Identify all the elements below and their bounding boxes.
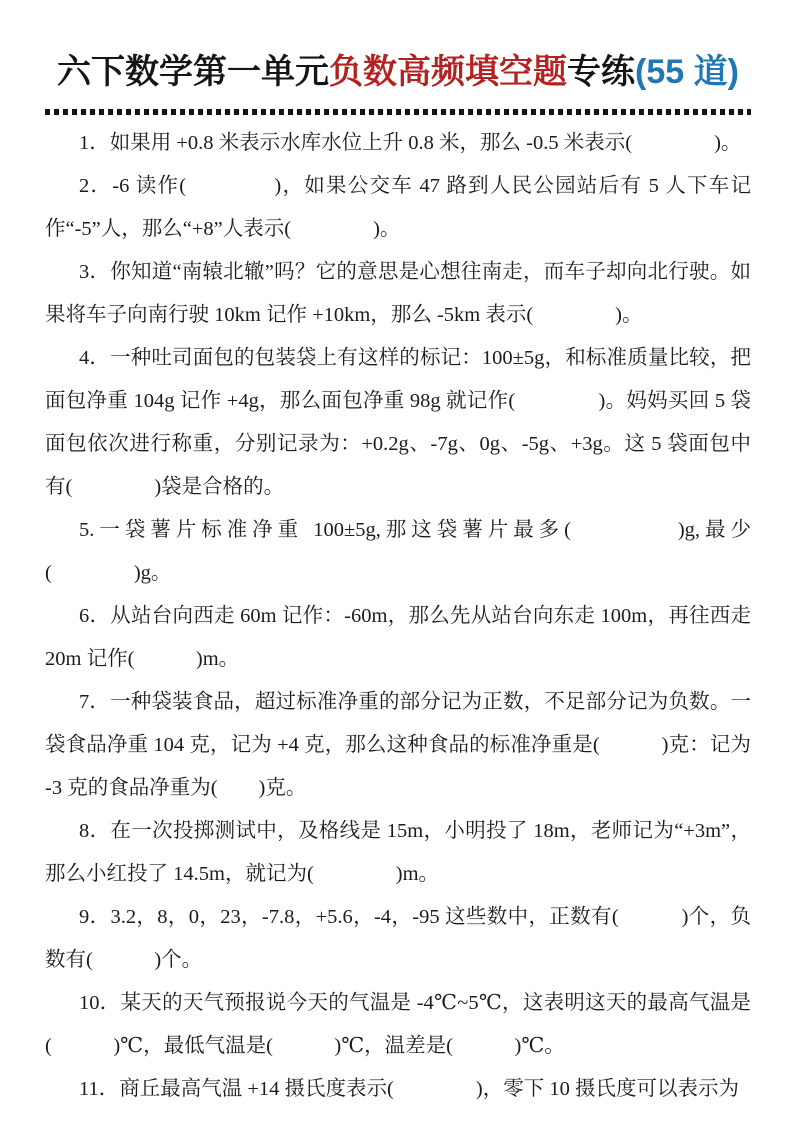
question-list: 1．如果用 +0.8 米表示水库水位上升 0.8 米，那么 -0.5 米表示( … [45, 122, 751, 1111]
question-4: 4．一种吐司面包的包装袋上有这样的标记：100±5g，和标准质量比较，把面包净重… [45, 337, 751, 509]
title-segment-count: (55 道) [635, 53, 739, 91]
question-10: 10．某天的天气预报说今天的气温是 -4℃~5℃，这表明这天的最高气温是( )℃… [45, 982, 751, 1068]
question-1: 1．如果用 +0.8 米表示水库水位上升 0.8 米，那么 -0.5 米表示( … [45, 122, 751, 165]
page-title: 六下数学第一单元负数高频填空题专练(55 道) [45, 50, 751, 95]
worksheet-page: 六下数学第一单元负数高频填空题专练(55 道) 1．如果用 +0.8 米表示水库… [0, 0, 793, 1122]
question-6: 6．从站台向西走 60m 记作：-60m，那么先从站台向东走 100m，再往西走… [45, 595, 751, 681]
question-2: 2．-6 读作( )，如果公交车 47 路到人民公园站后有 5 人下车记作“-5… [45, 165, 751, 251]
question-11: 11．商丘最高气温 +14 摄氏度表示( )，零下 10 摄氏度可以表示为 [45, 1068, 751, 1111]
dotted-divider [45, 109, 751, 115]
question-7: 7．一种袋装食品，超过标准净重的部分记为正数，不足部分记为负数。一袋食品净重 1… [45, 681, 751, 810]
question-5: 5.一袋薯片标准净重 100±5g,那这袋薯片最多( )g,最少( )g。 [45, 509, 751, 595]
question-8: 8．在一次投掷测试中，及格线是 15m，小明投了 18m，老师记为“+3m”，那… [45, 810, 751, 896]
title-segment-topic: 负数高频填空题 [329, 53, 567, 91]
title-segment-unit: 六下数学第一单元 [57, 53, 329, 91]
question-9: 9．3.2，8，0，23，-7.8，+5.6，-4，-95 这些数中，正数有( … [45, 896, 751, 982]
question-3: 3．你知道“南辕北辙”吗？它的意思是心想往南走，而车子却向北行驶。如果将车子向南… [45, 251, 751, 337]
title-segment-suffix: 专练 [567, 53, 635, 91]
